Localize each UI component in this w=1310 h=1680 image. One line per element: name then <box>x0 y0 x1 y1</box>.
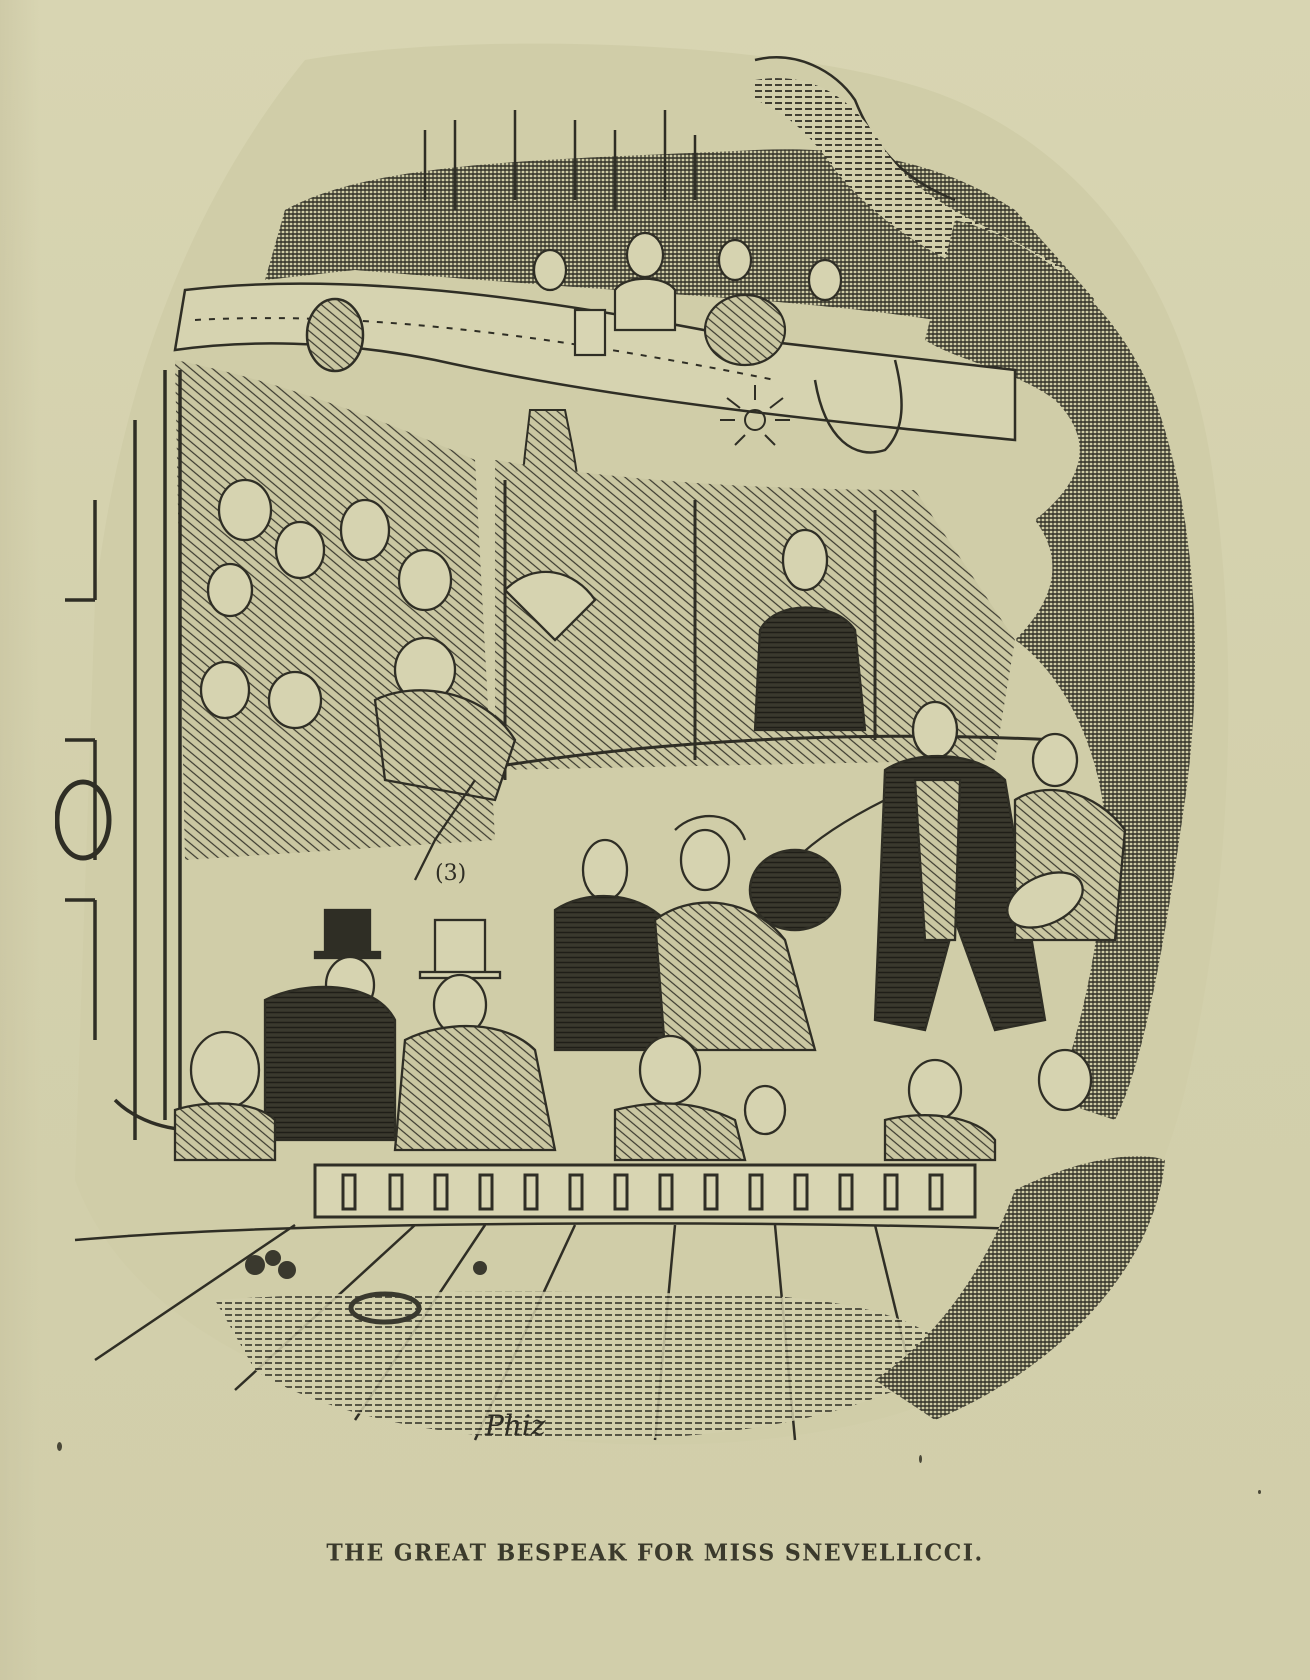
engraving-illustration: (3) <box>55 40 1275 1480</box>
print-speck <box>57 1442 62 1451</box>
theatre-scene-drawing: (3) <box>55 40 1275 1480</box>
stage-marker-text: (3) <box>435 861 466 886</box>
print-speck <box>1258 1490 1261 1494</box>
footlights-row <box>315 1165 975 1217</box>
artist-signature: Phiz <box>484 1409 546 1442</box>
book-page: (3) <box>0 0 1310 1680</box>
print-speck <box>919 1455 922 1463</box>
illustration-caption: THE GREAT BESPEAK FOR MISS SNEVELLICCI. <box>0 1539 1310 1566</box>
